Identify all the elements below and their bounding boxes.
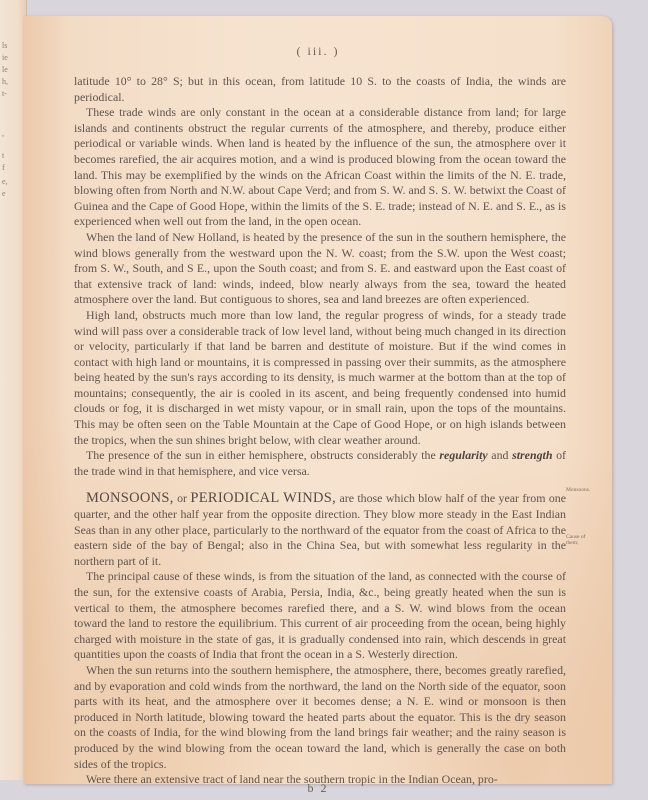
prev-page-fragment: ls: [2, 40, 7, 51]
prev-page-fragment: t-: [2, 88, 7, 99]
prev-page-fragment: t: [2, 150, 4, 161]
section-term: MONSOONS,: [86, 490, 174, 506]
italic-term: regularity: [439, 448, 487, 462]
previous-page-edge: ls ie le h, t- , t f e, e: [0, 0, 27, 780]
margin-note-monsoons: Monsoons.: [566, 487, 590, 493]
text-run: and: [488, 448, 512, 462]
prev-page-fragment: h,: [2, 76, 8, 87]
paragraph: High land, obstructs much more than low …: [74, 308, 566, 448]
signature-mark: b 2: [24, 781, 612, 796]
paragraph: The principal cause of these winds, is f…: [74, 569, 566, 663]
paragraph: latitude 10° to 28° S; but in this ocean…: [74, 74, 566, 105]
page-number-header: ( iii. ): [24, 44, 612, 59]
book-page: ( iii. ) latitude 10° to 28° S; but in t…: [24, 16, 612, 784]
page-body: latitude 10° to 28° S; but in this ocean…: [74, 74, 566, 788]
prev-page-fragment: e: [2, 188, 6, 199]
text-run: or: [174, 491, 191, 505]
prev-page-fragment: ,: [2, 128, 4, 139]
text-run: The presence of the sun in either hemisp…: [86, 448, 439, 462]
prev-page-fragment: le: [2, 64, 8, 75]
section-term: PERIODICAL WINDS,: [190, 490, 336, 506]
paragraph: When the sun returns into the southern h…: [74, 663, 566, 772]
prev-page-fragment: e,: [2, 176, 8, 187]
paragraph: When the land of New Holland, is heated …: [74, 230, 566, 308]
paragraph: These trade winds are only constant in t…: [74, 105, 566, 230]
margin-note-cause: Cause of them;: [566, 534, 592, 546]
prev-page-fragment: f: [2, 162, 5, 173]
prev-page-fragment: ie: [2, 52, 8, 63]
italic-term: strength: [512, 448, 552, 462]
paragraph-monsoons: MONSOONS, or PERIODICAL WINDS, are those…: [74, 491, 566, 569]
paragraph-presence: The presence of the sun in either hemisp…: [74, 448, 566, 479]
